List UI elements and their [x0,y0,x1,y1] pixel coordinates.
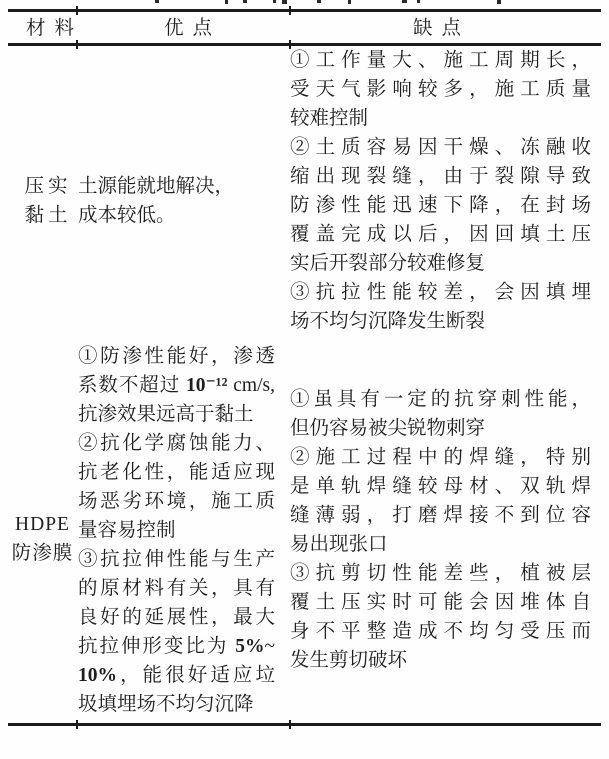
scanned-table-page: 材料 优点 缺点 压实黏土 土源能就地解决，成本较低。 ①工作量大、施工周期长，… [0,0,609,759]
cell-row1-disadvantages: ①工作量大、施工周期长，受天气影响较多，施工质量较难控制②土质容易因干燥、冻融收… [290,46,591,336]
cell-row1-advantages: 土源能就地解决，成本较低。 [78,172,275,230]
cell-row1-material: 压实黏土 [10,172,82,230]
cell-row2-advantages: ①防渗性能好，渗透系数不超过 10⁻¹² cm/s,抗渗效果远高于黏土②抗化学腐… [78,342,275,719]
header-disadvantages: 缺点 [404,14,470,43]
cell-row2-material: HDPE防渗膜 [6,510,78,568]
column-tick [289,720,291,729]
column-tick [289,6,291,15]
header-advantages: 优点 [155,14,221,43]
cropped-title-remnant [0,0,609,5]
table-bottom-rule [8,723,601,726]
table-top-rule [8,9,601,12]
column-tick [76,720,78,729]
header-material: 材料 [17,14,83,43]
cell-row2-disadvantages: ①虽具有一定的抗穿刺性能，但仍容易被尖锐物刺穿②施工过程中的焊缝，特别是单轨焊缝… [290,385,591,675]
